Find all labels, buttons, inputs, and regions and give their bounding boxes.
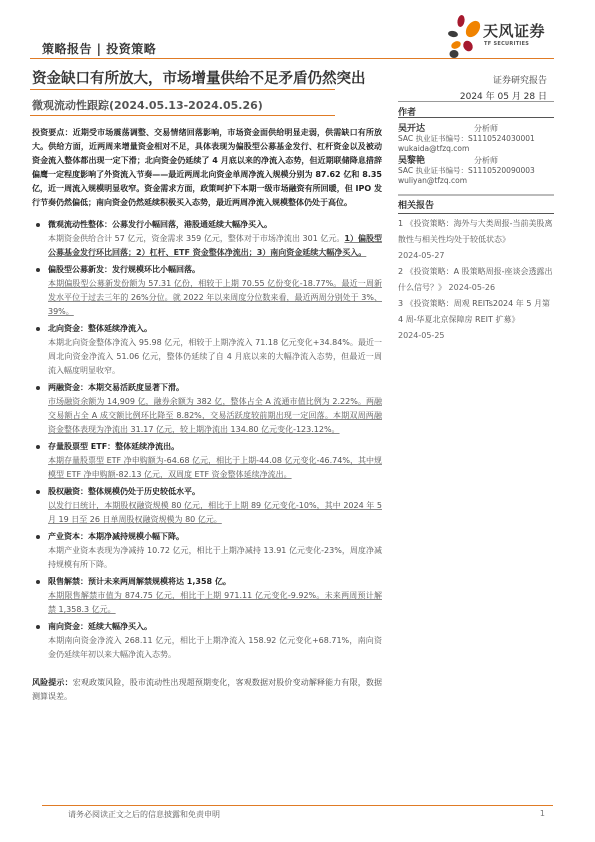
bullet-item: 南向资金：延续大幅净买入。 本期南向资金净流入 268.11 亿元，相比于上期净…	[32, 620, 382, 662]
bullet-heading: 限售解禁：预计未来两周解禁规模将达 1,358 亿。	[32, 575, 382, 589]
bullet-body-text: 本期产业资本表现为净减持 10.72 亿元，相比于上期净减持 13.91 亿元变…	[48, 546, 382, 569]
bullet-body-highlight: 本期存量股票型 ETF 净申购额为-64.68 亿元，相比于上期-44.08 亿…	[48, 456, 382, 479]
bullet-body-highlight: 市场融资余额为 14,909 亿，融券余额为 382 亿，整体占全 A 流通市值…	[48, 397, 382, 434]
related-reports-heading: 相关报告	[398, 198, 434, 211]
author-sac: SAC 执业证书编号：S1110520090003	[398, 166, 558, 176]
logo-mark-icon	[447, 14, 481, 58]
bullet-item: 存量股票型 ETF：整体延续净流出。 本期存量股票型 ETF 净申购额为-64.…	[32, 440, 382, 482]
report-category: 策略报告 | 投资策略	[42, 40, 156, 57]
bullet-body-text: 本期资金供给合计 57 亿元，资金需求 359 亿元，整体对于市场净流出 301…	[48, 234, 344, 243]
summary-label: 投资要点：	[32, 128, 73, 137]
author-name: 吴开达	[398, 121, 474, 134]
bullet-heading: 产业资本：本期净减持规模小幅下降。	[32, 530, 382, 544]
related-report-date: 2024-05-25	[398, 328, 554, 344]
page-number: 1	[540, 809, 545, 818]
related-top-divider	[398, 194, 554, 196]
bullet-body: 以发行日统计，本期股权融资规模 80 亿元，相比于上期 89 亿元变化-10%，…	[32, 499, 382, 527]
related-report-item[interactable]: 3 《投资策略：周观 REITs2024 年 5 月第 4 周-华夏北京保障房 …	[398, 296, 554, 344]
bullet-body: 本期偏股型公募新发份额为 57.31 亿份，相较于上期 70.55 亿份变化-1…	[32, 277, 382, 319]
risk-warning: 风险提示：宏观政策风险，股市流动性出现超预期变化，客观数据对股价变动解释能力有限…	[32, 676, 382, 704]
bullet-heading: 北向资金：整体延续净流入。	[32, 322, 382, 336]
related-report-item[interactable]: 1 《投资策略：海外与大类周报-当前美股离散性与相关性均处于较低状态》 2024…	[398, 216, 554, 264]
title-divider	[30, 89, 335, 90]
bullet-item: 微观流动性整体：公募发行小幅回落，港股通延续大幅净买入。 本期资金供给合计 57…	[32, 218, 382, 260]
bullet-body: 本期限售解禁市值为 874.75 亿元，相比于上期 971.11 亿元变化-9.…	[32, 589, 382, 617]
bullet-body: 本期存量股票型 ETF 净申购额为-64.68 亿元，相比于上期-44.08 亿…	[32, 454, 382, 482]
bullet-body: 本期产业资本表现为净减持 10.72 亿元，相比于上期净减持 13.91 亿元变…	[32, 544, 382, 572]
footer-divider	[42, 805, 553, 806]
bullet-item: 产业资本：本期净减持规模小幅下降。 本期产业资本表现为净减持 10.72 亿元，…	[32, 530, 382, 572]
bullet-body-highlight: 本期偏股型公募新发份额为 57.31 亿份，相较于上期 70.55 亿份变化-1…	[48, 279, 382, 316]
bullet-item: 偏股型公募新发：发行规模环比小幅回落。 本期偏股型公募新发份额为 57.31 亿…	[32, 263, 382, 319]
related-report-item[interactable]: 2 《投资策略：A 股策略周报-座谈会透露出什么信号？》 2024-05-26	[398, 264, 554, 296]
bullet-body-highlight: 本期限售解禁市值为 874.75 亿元，相比于上期 971.11 亿元变化-9.…	[48, 591, 382, 614]
bullet-body: 本期南向资金净流入 268.11 亿元，相比于上期净流入 158.92 亿元变化…	[32, 634, 382, 662]
main-content: 投资要点：近期受市场震荡调整、交易情绪回落影响，市场资金面供给明显走弱，供需缺口…	[32, 126, 382, 712]
date-divider	[398, 101, 554, 102]
summary-text: 近期受市场震荡调整、交易情绪回落影响，市场资金面供给明显走弱，供需缺口有所放大。…	[32, 128, 382, 207]
bullet-heading: 微观流动性整体：公募发行小幅回落，港股通延续大幅净买入。	[32, 218, 382, 232]
logo-name-en: TF SECURITIES	[484, 41, 529, 47]
investment-summary: 投资要点：近期受市场震荡调整、交易情绪回落影响，市场资金面供给明显走弱，供需缺口…	[32, 126, 382, 210]
bullet-body: 市场融资余额为 14,909 亿，融券余额为 382 亿，整体占全 A 流通市值…	[32, 395, 382, 437]
bullet-item: 北向资金：整体延续净流入。 本期北向资金整体净流入 95.98 亿元，相较于上期…	[32, 322, 382, 378]
author-role: 分析师	[474, 156, 498, 165]
author-card: 吴黎艳分析师 SAC 执业证书编号：S1110520090003 wuliyan…	[398, 153, 558, 186]
author-email[interactable]: wuliyan@tfzq.com	[398, 176, 558, 186]
footer-disclaimer[interactable]: 请务必阅读正文之后的信息披露和免责申明	[68, 809, 220, 820]
bullet-heading: 股权融资：整体规模仍处于历史较低水平。	[32, 485, 382, 499]
bullet-item: 股权融资：整体规模仍处于历史较低水平。 以发行日统计，本期股权融资规模 80 亿…	[32, 485, 382, 527]
document-type: 证券研究报告	[493, 73, 547, 86]
author-role: 分析师	[474, 124, 498, 133]
bullet-item: 限售解禁：预计未来两周解禁规模将达 1,358 亿。 本期限售解禁市值为 874…	[32, 575, 382, 617]
bullet-heading: 两融资金：本期交易活跃度显著下滑。	[32, 381, 382, 395]
bullet-heading: 南向资金：延续大幅净买入。	[32, 620, 382, 634]
author-name: 吴黎艳	[398, 153, 474, 166]
logo-name-cn: 天风证券	[483, 20, 545, 41]
bullet-body: 本期资金供给合计 57 亿元，资金需求 359 亿元，整体对于市场净流出 301…	[32, 232, 382, 260]
related-report-date: 2024-05-27	[398, 248, 554, 264]
author-card: 吴开达分析师 SAC 执业证书编号：S1110524030001 wukaida…	[398, 121, 558, 154]
authors-divider	[398, 117, 554, 118]
related-divider	[398, 213, 554, 214]
related-report-date: 2024-05-26	[449, 283, 496, 292]
bullet-item: 两融资金：本期交易活跃度显著下滑。 市场融资余额为 14,909 亿，融券余额为…	[32, 381, 382, 437]
author-sac: SAC 执业证书编号：S1110524030001	[398, 134, 558, 144]
related-reports-list: 1 《投资策略：海外与大类周报-当前美股离散性与相关性均处于较低状态》 2024…	[398, 216, 554, 344]
header-divider	[30, 58, 554, 59]
report-title: 资金缺口有所放大，市场增量供给不足矛盾仍然突出	[32, 67, 366, 88]
risk-label: 风险提示：	[32, 678, 73, 687]
related-report-title[interactable]: 1 《投资策略：海外与大类周报-当前美股离散性与相关性均处于较低状态》	[398, 219, 553, 244]
bullet-body-text: 本期南向资金净流入 268.11 亿元，相比于上期净流入 158.92 亿元变化…	[48, 636, 382, 659]
subtitle-divider	[30, 115, 335, 116]
risk-text: 宏观政策风险，股市流动性出现超预期变化，客观数据对股价变动解释能力有限，数据测算…	[32, 678, 382, 701]
bullet-body: 本期北向资金整体净流入 95.98 亿元，相较于上期净流入 71.18 亿元变化…	[32, 336, 382, 378]
bullet-body-text: 本期北向资金整体净流入 95.98 亿元，相较于上期净流入 71.18 亿元变化…	[48, 338, 382, 375]
bullet-body-highlight: 以发行日统计，本期股权融资规模 80 亿元，相比于上期 89 亿元变化-10%，…	[48, 501, 382, 524]
related-report-title[interactable]: 3 《投资策略：周观 REITs2024 年 5 月第 4 周-华夏北京保障房 …	[398, 299, 550, 324]
bullet-heading: 偏股型公募新发：发行规模环比小幅回落。	[32, 263, 382, 277]
bullet-heading: 存量股票型 ETF：整体延续净流出。	[32, 440, 382, 454]
company-logo: 天风证券 TF SECURITIES	[447, 14, 557, 58]
report-subtitle: 微观流动性跟踪(2024.05.13-2024.05.26)	[32, 97, 263, 113]
